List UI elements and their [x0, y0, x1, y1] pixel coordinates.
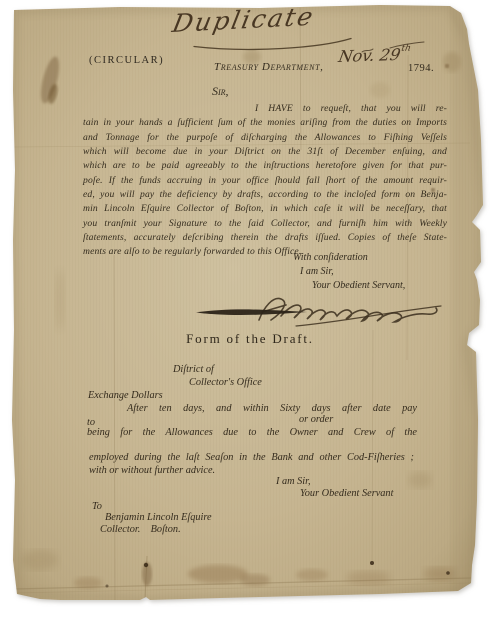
employed-season-line: employed during the laſt Seaſon in the B…	[89, 452, 414, 463]
body-line: min Lincoln Eſquire Collector of Boſton,…	[83, 202, 447, 216]
department-name: Treasury Department,	[214, 61, 324, 73]
paper-background	[0, 0, 500, 634]
body-line: and Tonnage for the purpoſe of diſchargi…	[83, 131, 447, 145]
being-allowances-line: being for the Allowances due to the Owne…	[87, 427, 417, 438]
further-advice-line: with or without further advice.	[89, 465, 215, 476]
handwritten-date: Nov. 29th	[337, 44, 412, 66]
salutation: Sir,	[212, 84, 229, 99]
form-obedient-servant: Your Obedient Servant	[300, 488, 393, 499]
body-line: ed, you will pay the deficiency by draft…	[83, 188, 447, 202]
addressee-name: Benjamin Lincoln Eſquire	[105, 512, 212, 523]
body-line: ſtatements, accurately deſcribing therei…	[83, 231, 447, 245]
draft-form-heading: Form of the Draft.	[186, 331, 314, 347]
body-line: poſe. If the funds accruing in your offi…	[83, 174, 447, 188]
body-line: tain in your hands a ſufficient ſum of t…	[83, 116, 447, 130]
closing-obedient-servant: Your Obedient Servant,	[312, 280, 405, 291]
collectors-office-line: Collector's Office	[189, 377, 262, 388]
form-i-am-sir: I am Sir,	[276, 476, 311, 487]
right-edge-shade	[452, 0, 482, 634]
circular-label: (CIRCULAR)	[89, 55, 164, 66]
exchange-dollars-line: Exchange Dollars	[88, 390, 163, 401]
date-ordinal: th	[401, 44, 412, 54]
after-ten-days-line: After ten days, and within Sixty days af…	[127, 403, 417, 414]
body-line: you tranſmit your Signature to the ſaid …	[83, 217, 447, 231]
closing-consideration: With conſideration	[293, 252, 368, 263]
closing-i-am-sir: I am Sir,	[300, 266, 334, 277]
address-to-label: To	[92, 501, 102, 512]
body-line: I HAVE to requeſt, that you will re-	[83, 102, 447, 116]
addressee-title: Collector. Boſton.	[100, 524, 181, 535]
printed-year: 1794.	[408, 63, 434, 74]
letter-body: I HAVE to requeſt, that you will re- tai…	[83, 102, 447, 260]
body-line: which are to be paid agreeably to the in…	[83, 159, 447, 173]
body-line: which will become due in your Diſtrict o…	[83, 145, 447, 159]
date-day: Nov. 29	[337, 45, 402, 66]
laid-paper-texture	[0, 0, 500, 634]
body-line: ments are alſo to be regularly forwarded…	[83, 245, 447, 259]
district-blank-line: Diſtrict of	[173, 364, 214, 375]
or-order-word: or order	[299, 414, 333, 425]
document-photo: Duplicate (CIRCULAR) Treasury Department…	[0, 0, 500, 634]
